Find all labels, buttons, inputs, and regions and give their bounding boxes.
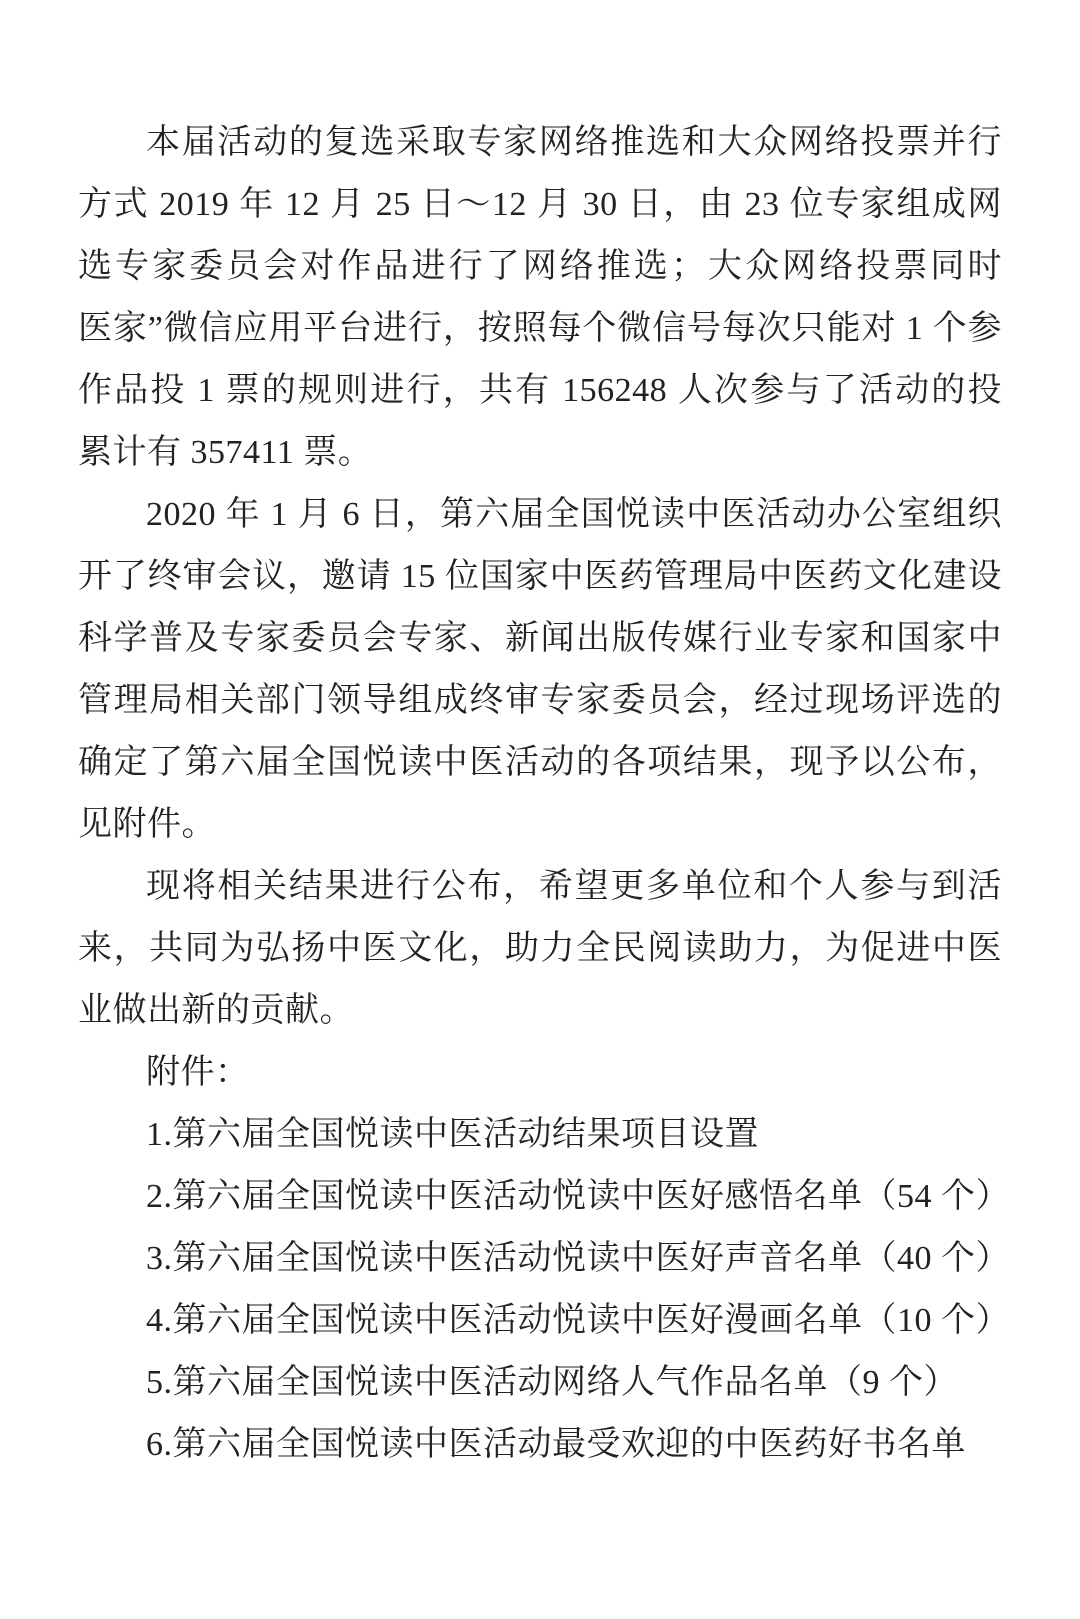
paragraph-line: 见附件。 — [78, 794, 1002, 856]
paragraph-line: 管理局相关部门领导组成终审专家委员会，经过现场评选的方式 — [78, 670, 1002, 732]
paragraph-line: 作品投 1 票的规则进行，共有 156248 人次参与了活动的投票， — [78, 360, 1002, 422]
attachment-item: 3.第六届全国悦读中医活动悦读中医好声音名单（40 个） — [78, 1228, 1002, 1290]
paragraph-line: 确定了第六届全国悦读中医活动的各项结果，现予以公布，具体 — [78, 732, 1002, 794]
paragraph-line: 累计有 357411 票。 — [78, 422, 1002, 484]
paragraph-line: 现将相关结果进行公布，希望更多单位和个人参与到活动中 — [78, 856, 1002, 918]
attachment-item: 1.第六届全国悦读中医活动结果项目设置 — [78, 1104, 1002, 1166]
paragraph-line: 医家”微信应用平台进行，按照每个微信号每次只能对 1 个参赛 — [78, 298, 1002, 360]
paragraph-line: 方式 2019 年 12 月 25 日～12 月 30 日，由 23 位专家组成… — [78, 174, 1002, 236]
paragraph-line: 业做出新的贡献。 — [78, 980, 1002, 1042]
document-body: 本届活动的复选采取专家网络推选和大众网络投票并行的方式 2019 年 12 月 … — [78, 112, 1002, 1476]
paragraph-line: 本届活动的复选采取专家网络推选和大众网络投票并行的 — [78, 112, 1002, 174]
paragraph-line: 来，共同为弘扬中医文化，助力全民阅读助力，为促进中医药事 — [78, 918, 1002, 980]
attachment-item: 5.第六届全国悦读中医活动网络人气作品名单（9 个） — [78, 1352, 1002, 1414]
attachment-item: 6.第六届全国悦读中医活动最受欢迎的中医药好书名单（学 — [78, 1414, 1002, 1476]
paragraph-line: 科学普及专家委员会专家、新闻出版传媒行业专家和国家中医药 — [78, 608, 1002, 670]
attachments-heading: 附件： — [78, 1042, 1002, 1104]
attachment-item: 4.第六届全国悦读中医活动悦读中医好漫画名单（10 个） — [78, 1290, 1002, 1352]
paragraph-line: 选专家委员会对作品进行了网络推选；大众网络投票同时在“悦 — [78, 236, 1002, 298]
attachment-item: 2.第六届全国悦读中医活动悦读中医好感悟名单（54 个） — [78, 1166, 1002, 1228]
paragraph-line: 2020 年 1 月 6 日，第六届全国悦读中医活动办公室组织召 — [78, 484, 1002, 546]
document-page: 本届活动的复选采取专家网络推选和大众网络投票并行的方式 2019 年 12 月 … — [0, 0, 1080, 1619]
paragraph-line: 开了终审会议，邀请 15 位国家中医药管理局中医药文化建设与 — [78, 546, 1002, 608]
